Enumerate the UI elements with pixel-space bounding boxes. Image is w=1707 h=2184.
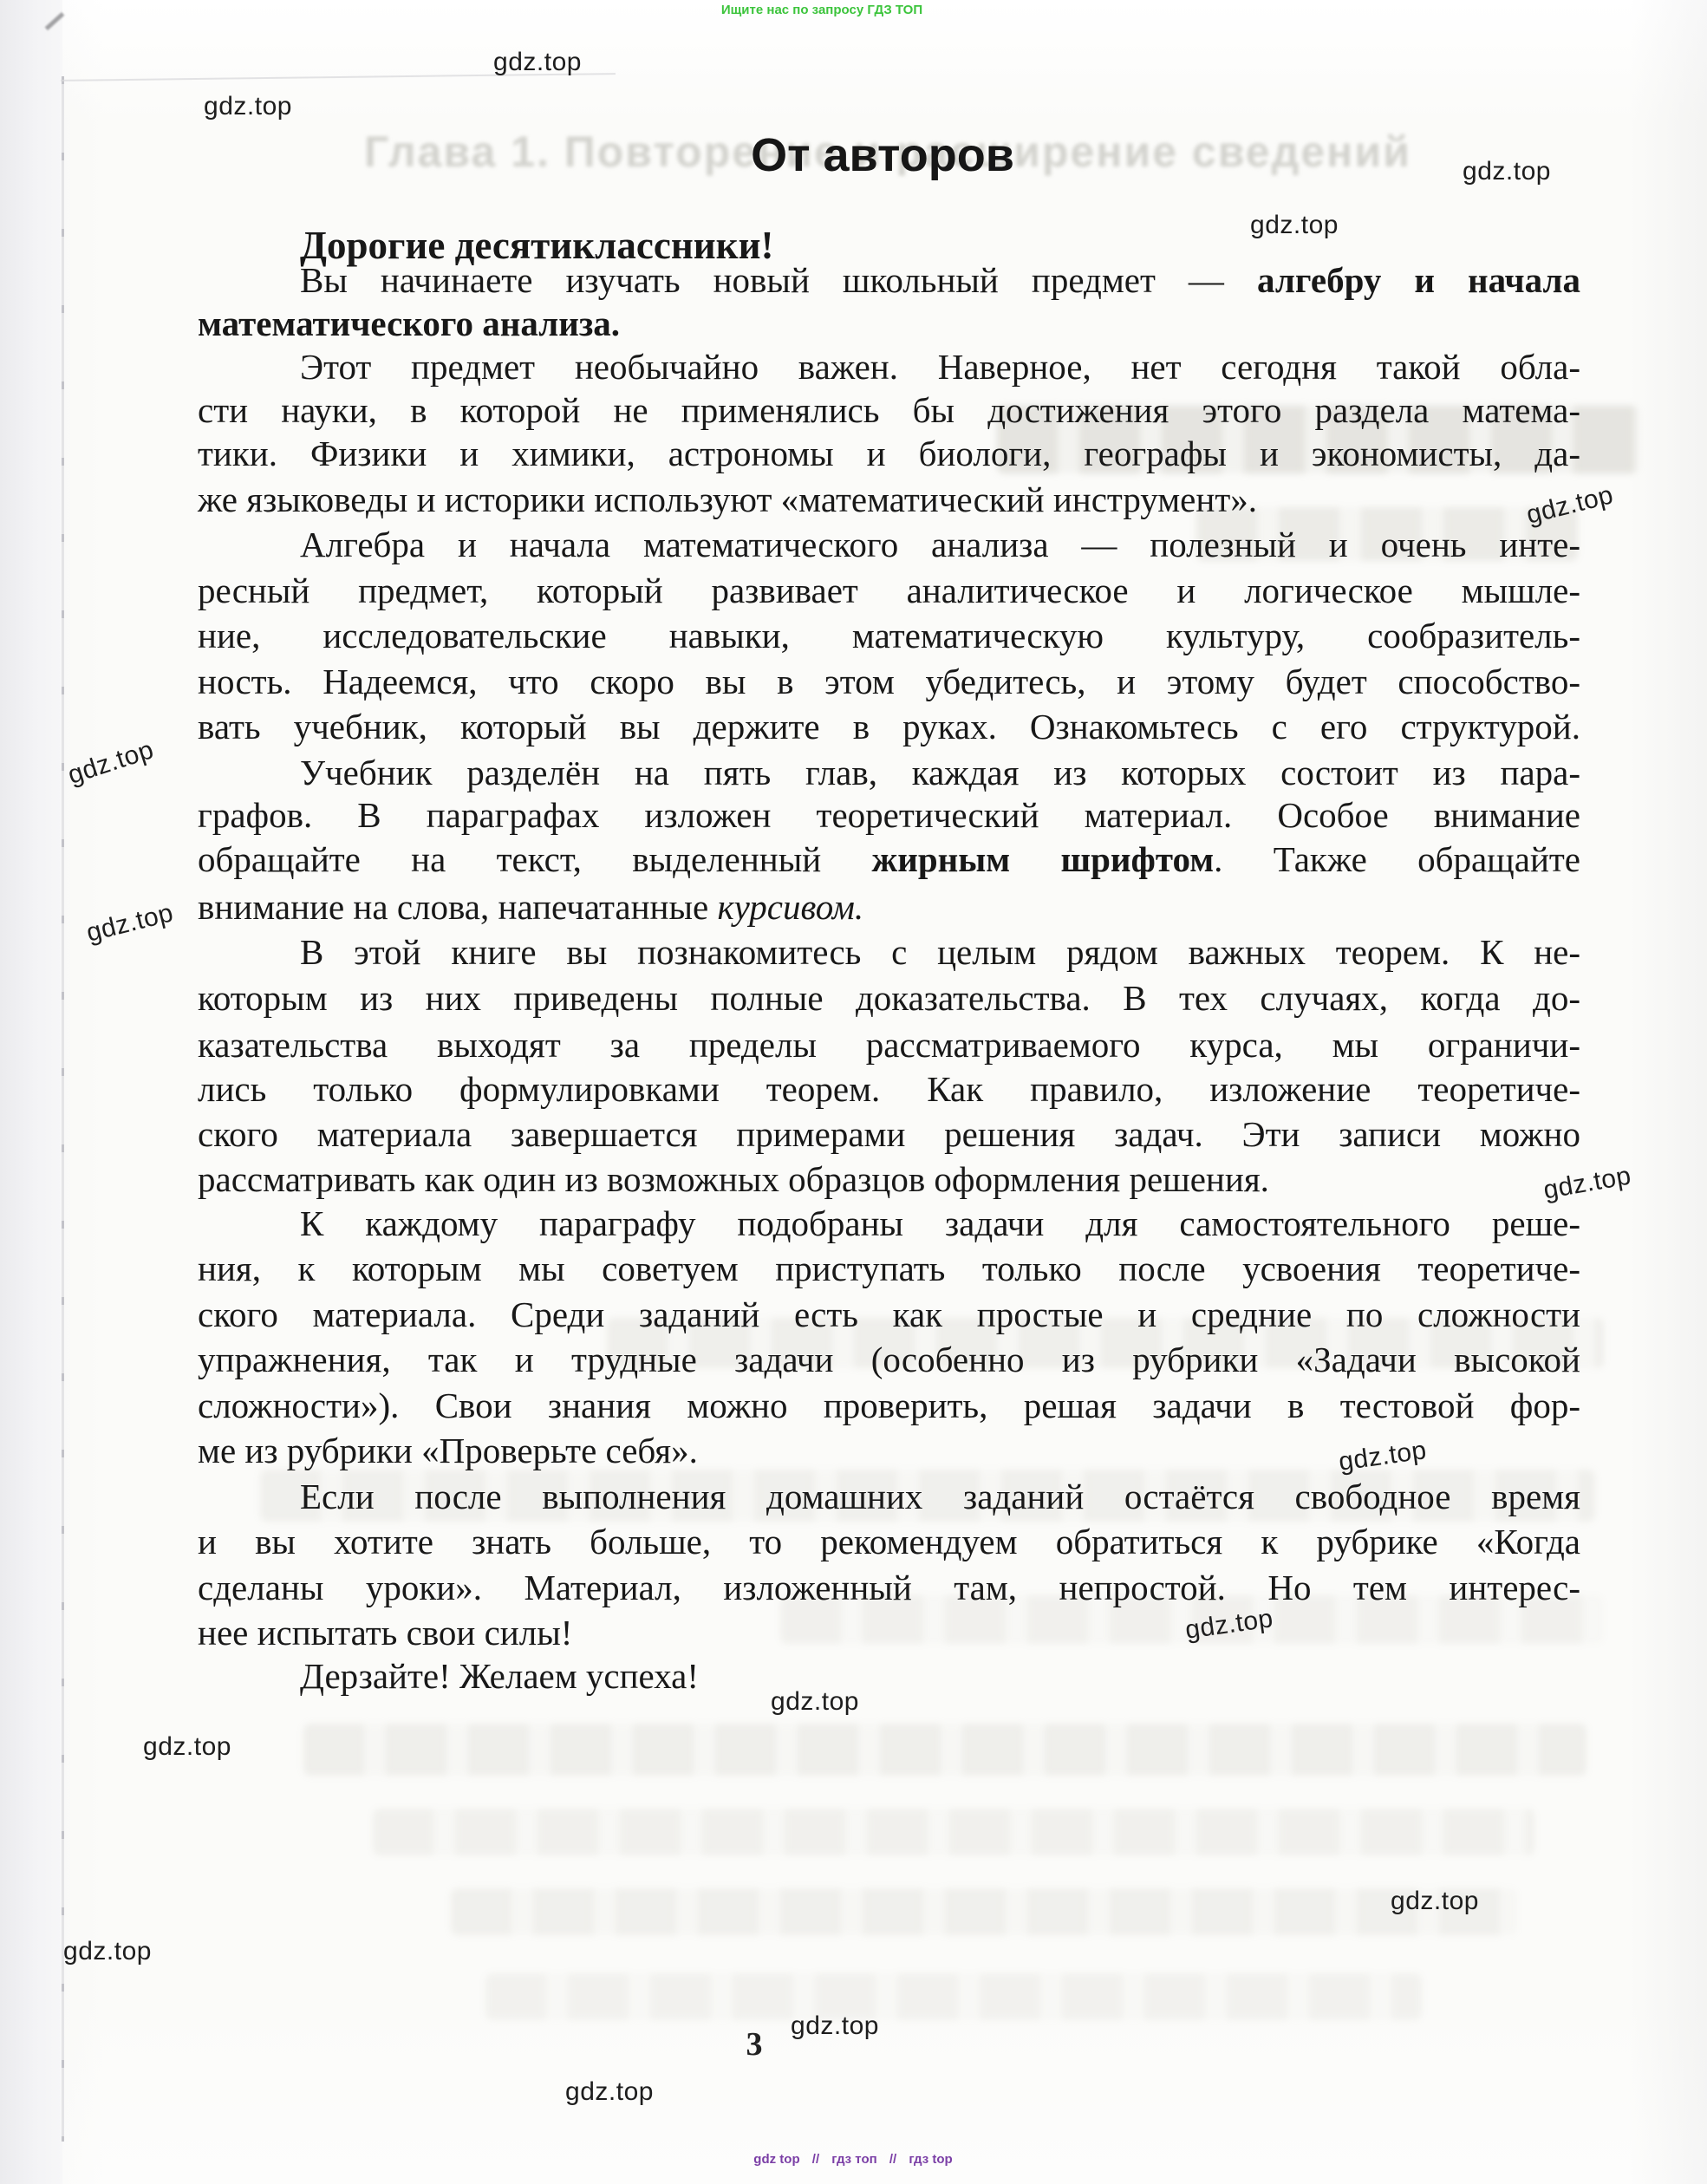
- page-fold-line: [62, 76, 64, 2142]
- watermark-gdz-top: gdz.top: [1250, 211, 1339, 240]
- text-line: лись только формулировками теорем. Как п…: [198, 1066, 1580, 1112]
- text-line: Вы начинаете изучать новый школьный пред…: [198, 258, 1580, 303]
- text-line: же языковеды и историки используют «мате…: [198, 477, 1580, 522]
- watermark-gdz-top: gdz.top: [83, 898, 176, 949]
- scanned-textbook-page: Глава 1. Повторение и расширение сведени…: [0, 0, 1707, 2184]
- footer-links: gdz top // гдз топ // гдз top: [749, 2152, 956, 2167]
- footer-separator: //: [812, 2152, 819, 2167]
- text-line: упражнения, так и трудные задачи (особен…: [198, 1337, 1580, 1382]
- text-line: Этот предмет необычайно важен. Наверное,…: [198, 344, 1580, 389]
- text-line: тики. Физики и химики, астрономы и биоло…: [198, 431, 1580, 476]
- text-line: ние, исследовательские навыки, математич…: [198, 613, 1580, 658]
- watermark-gdz-top: gdz.top: [791, 2011, 879, 2041]
- footer-link-gdz-top-ru[interactable]: гдз топ: [831, 2152, 876, 2167]
- text-line: сложности»). Свои знания можно проверить…: [198, 1383, 1580, 1428]
- text-line: сделаны уроки». Материал, изложенный там…: [198, 1565, 1580, 1610]
- watermark-gdz-top: gdz.top: [493, 48, 582, 77]
- watermark-gdz-top: gdz.top: [63, 1937, 152, 1966]
- text-line: рассматривать как один из возможных обра…: [198, 1157, 1580, 1202]
- text-line: и вы хотите знать больше, то рекомендуем…: [198, 1519, 1580, 1564]
- footer-separator: //: [889, 2152, 896, 2167]
- text-line: Дерзайте! Желаем успеха!: [198, 1653, 1580, 1698]
- text-line: казательства выходят за пределы рассматр…: [198, 1022, 1580, 1067]
- watermark-gdz-top: gdz.top: [143, 1732, 231, 1762]
- text-line: ния, к которым мы советуем приступать то…: [198, 1246, 1580, 1291]
- watermark-gdz-top: gdz.top: [1391, 1887, 1479, 1916]
- text-line: обращайте на текст, выделенный жирным шр…: [198, 837, 1580, 882]
- page-number: 3: [746, 2025, 763, 2063]
- footer-link-gdz-top-mixed[interactable]: гдз top: [909, 2152, 952, 2167]
- text-line: вать учебник, который вы держите в руках…: [198, 704, 1580, 749]
- text-line: ского материала. Среди заданий есть как …: [198, 1292, 1580, 1337]
- text-line: К каждому параграфу подобраны задачи для…: [198, 1201, 1580, 1246]
- text-line: В этой книге вы познакомитесь с целым ря…: [198, 929, 1580, 975]
- text-line: математического анализа.: [198, 301, 1580, 346]
- text-line: графов. В параграфах изложен теоретическ…: [198, 792, 1580, 838]
- text-line: нее испытать свои силы!: [198, 1610, 1580, 1655]
- text-line: которым из них приведены полные доказате…: [198, 975, 1580, 1020]
- text-line: Учебник разделён на пять глав, каждая из…: [198, 750, 1580, 795]
- watermark-gdz-top: gdz.top: [771, 1687, 859, 1717]
- previous-page-edge: [0, 0, 62, 2184]
- watermark-gdz-top: gdz.top: [204, 92, 292, 121]
- text-line: Если после выполнения домашних заданий о…: [198, 1474, 1580, 1519]
- text-line: сти науки, в которой не применялись бы д…: [198, 388, 1580, 433]
- watermark-gdz-top: gdz.top: [565, 2077, 654, 2107]
- watermark-gdz-top: gdz.top: [64, 735, 157, 791]
- watermark-gdz-top: gdz.top: [1463, 157, 1551, 186]
- text-line: ность. Надеемся, что скоро вы в этом убе…: [198, 659, 1580, 704]
- text-block: Дорогие десятиклассники!Вы начинаете изу…: [198, 0, 1580, 2184]
- text-line: внимание на слова, напечатанные курсивом…: [198, 884, 1580, 929]
- text-line: ского материала завершается примерами ре…: [198, 1112, 1580, 1157]
- footer-link-gdz-top-en[interactable]: gdz top: [753, 2152, 799, 2167]
- text-line: ресный предмет, который развивает аналит…: [198, 568, 1580, 613]
- text-line: Алгебра и начала математического анализа…: [198, 522, 1580, 567]
